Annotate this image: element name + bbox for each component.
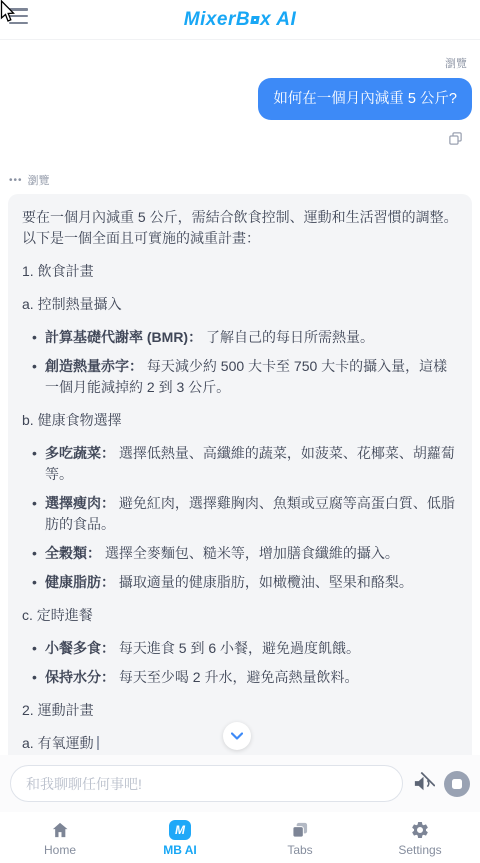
typing-dots-icon: ••• — [9, 175, 23, 186]
response-subheading-healthy-food: b. 健康食物選擇 — [22, 410, 458, 431]
mute-icon[interactable] — [412, 772, 435, 795]
response-intro: 要在一個月內減重 5 公斤，需結合飲食控制、運動和生活習慣的調整。以下是一個全面… — [22, 207, 458, 249]
mb-ai-icon: M — [169, 820, 191, 840]
nav-item-settings[interactable]: Settings — [360, 812, 480, 863]
nav-label-home: Home — [44, 843, 76, 857]
regular-meals-list: 小餐多食： 每天進食 5 到 6 小餐，避免過度飢餓。 保持水分： 每天至少喝 … — [22, 638, 458, 688]
copy-icon[interactable] — [448, 131, 463, 146]
app-logo: MixerBx AI — [184, 9, 297, 31]
list-item: 多吃蔬菜： 選擇低熱量、高纖維的蔬菜，如菠菜、花椰菜、胡蘿蔔等。 — [32, 443, 458, 485]
list-item: 計算基礎代謝率 (BMR)： 了解自己的每日所需熱量。 — [32, 327, 458, 348]
logo-square-o-icon — [250, 16, 259, 24]
nav-label-mb-ai: MB AI — [163, 843, 197, 857]
list-item: 創造熱量赤字： 每天減少約 500 大卡至 750 大卡的攝入量，這樣一個月能減… — [32, 356, 458, 398]
response-subheading-calorie-control: a. 控制熱量攝入 — [22, 294, 458, 315]
chat-area: 瀏覽 如何在一個月內減重 5 公斤? ••• 瀏覽 要在一個月內減重 5 公斤，… — [0, 41, 480, 755]
user-message-bubble: 如何在一個月內減重 5 公斤? — [258, 78, 472, 120]
stop-square-icon — [452, 779, 462, 789]
assistant-message-status: 瀏覽 — [28, 172, 50, 188]
list-item: 保持水分： 每天至少喝 2 升水，避免高熱量飲料。 — [32, 667, 458, 688]
nav-item-mb-ai[interactable]: M MB AI — [120, 812, 240, 863]
menu-icon[interactable] — [9, 8, 28, 24]
bottom-navigation: Home M MB AI Tabs Settings — [0, 812, 480, 863]
logo-text-right: x AI — [260, 9, 296, 31]
message-input-bar — [0, 755, 480, 812]
list-item: 選擇瘦肉： 避免紅肉，選擇雞胸肉、魚類或豆腐等高蛋白質、低脂肪的食品。 — [32, 493, 458, 535]
scroll-to-bottom-button[interactable] — [223, 722, 251, 750]
home-icon — [50, 820, 70, 840]
assistant-message-card: 要在一個月內減重 5 公斤，需結合飲食控制、運動和生活習慣的調整。以下是一個全面… — [8, 194, 472, 755]
logo-text-left: MixerB — [184, 9, 250, 31]
gear-icon — [410, 820, 430, 840]
healthy-food-list: 多吃蔬菜： 選擇低熱量、高纖維的蔬菜，如菠菜、花椰菜、胡蘿蔔等。 選擇瘦肉： 避… — [22, 443, 458, 593]
nav-item-tabs[interactable]: Tabs — [240, 812, 360, 863]
nav-label-settings: Settings — [398, 843, 441, 857]
typing-caret — [97, 736, 99, 750]
list-item: 全穀類： 選擇全麥麵包、糙米等，增加膳食纖維的攝入。 — [32, 543, 458, 564]
response-heading-diet-plan: 1. 飲食計畫 — [22, 261, 458, 282]
chat-input[interactable] — [10, 765, 403, 802]
stop-circle — [444, 771, 470, 797]
response-heading-exercise-plan: 2. 運動計畫 — [22, 700, 458, 721]
user-message-status: 瀏覽 — [445, 55, 467, 71]
assistant-status-row: ••• 瀏覽 — [0, 146, 480, 188]
list-item: 健康脂肪： 攝取適量的健康脂肪，如橄欖油、堅果和酪梨。 — [32, 572, 458, 593]
nav-item-home[interactable]: Home — [0, 812, 120, 863]
mixerbox-ai-app: MixerBx AI 瀏覽 如何在一個月內減重 5 公斤? ••• 瀏覽 要在一… — [0, 0, 480, 863]
list-item: 小餐多食： 每天進食 5 到 6 小餐，避免過度飢餓。 — [32, 638, 458, 659]
nav-label-tabs: Tabs — [287, 843, 312, 857]
tabs-icon — [290, 820, 310, 840]
stop-generating-button[interactable] — [444, 771, 470, 797]
top-bar: MixerBx AI — [0, 0, 480, 40]
response-subheading-regular-meals: c. 定時進餐 — [22, 605, 458, 626]
calorie-control-list: 計算基礎代謝率 (BMR)： 了解自己的每日所需熱量。 創造熱量赤字： 每天減少… — [22, 327, 458, 398]
